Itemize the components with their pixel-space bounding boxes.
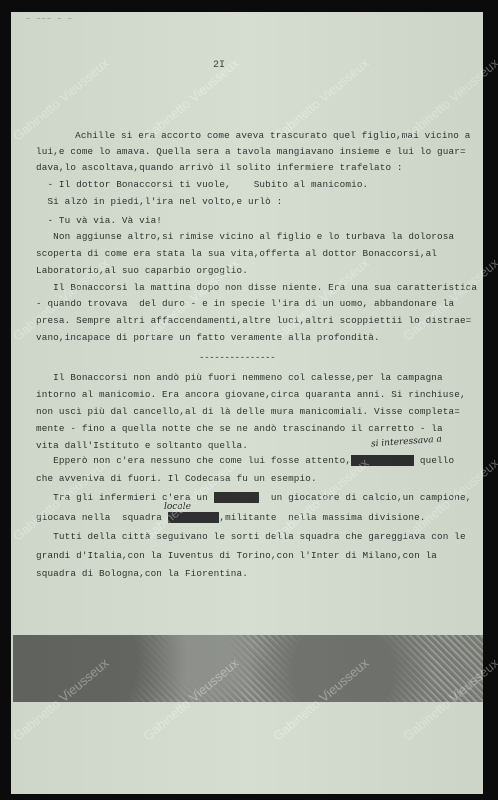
text-line: Il Bonaccorsi la mattina dopo non disse … [36, 282, 477, 293]
text-line: squadra di Bologna,con la Fiorentina. [36, 568, 248, 579]
text-line: intorno al manicomio. Era ancora giovane… [36, 389, 466, 400]
scanned-tape-band [13, 635, 483, 702]
text-line: scoperta di come era stata la sua vita,o… [36, 248, 437, 259]
struck-word: cittadina [168, 512, 220, 523]
text-span: giocava nella squadra [36, 512, 168, 523]
text-span: Epperò non c'era nessuno che come lui fo… [36, 455, 351, 466]
text-line: presa. Sempre altri affaccendamenti,altr… [36, 315, 471, 326]
struck-word: interessato [351, 455, 414, 466]
text-line: - quando trovava del duro - e in specie … [36, 298, 454, 309]
text-line: giocava nella squadra cittadina,militant… [36, 512, 426, 523]
struck-word: PERPERRP [214, 492, 260, 503]
text-line: Epperò non c'era nessuno che come lui fo… [36, 455, 454, 466]
text-line: grandi d'Italia,con la Iuventus di Torin… [36, 550, 437, 561]
handwritten-insertion: locale [164, 502, 191, 512]
text-line: Laboratorio,al suo caparbio orgoglio. [36, 265, 248, 276]
page-number: 2I [213, 60, 225, 71]
text-line: non uscì più dal cancello,al di là delle… [36, 406, 460, 417]
document-page: ~ ~~~ ~ ~ 2I Achille si era accorto come… [11, 12, 483, 794]
section-separator: --------------- [199, 352, 275, 363]
text-line: Achille si era accorto come aveva trascu… [58, 130, 471, 141]
handwritten-correction: si interessava a [371, 435, 442, 450]
text-line: mente - fino a quella notte che se ne an… [36, 423, 443, 434]
text-line: Tra gli infermieri c'era un PERPERRP un … [36, 492, 471, 503]
text-line: lui,e come lo amava. Quella sera a tavol… [36, 146, 466, 157]
text-span: ,militante nella massima divisione. [219, 512, 425, 523]
text-line: Non aggiunse altro,si rimise vicino al f… [36, 231, 454, 242]
text-line: Il Bonaccorsi non andò più fuori nemmeno… [36, 372, 443, 383]
text-line: - Tu và via. Và via! [36, 215, 162, 226]
text-line: che avveniva di fuori. Il Codecasa fu un… [36, 473, 317, 484]
text-line: dava,lo ascoltava,quando arrivò il solit… [36, 162, 403, 173]
text-line: vano,incapace di portare un fatto verame… [36, 332, 380, 343]
text-span: quello [414, 455, 454, 466]
text-line: Tutti della città seguivano le sorti del… [36, 531, 466, 542]
text-line: - Il dottor Bonaccorsi ti vuole, Subito … [36, 179, 368, 190]
text-line: vita dall'Istituto e soltanto quella. [36, 440, 248, 451]
text-span: un giocatore di calcio,un campione, [259, 492, 471, 503]
text-line: Si alzò in piedi,l'ira nel volto,e urlò … [36, 196, 282, 207]
top-scribble: ~ ~~~ ~ ~ [26, 16, 73, 24]
